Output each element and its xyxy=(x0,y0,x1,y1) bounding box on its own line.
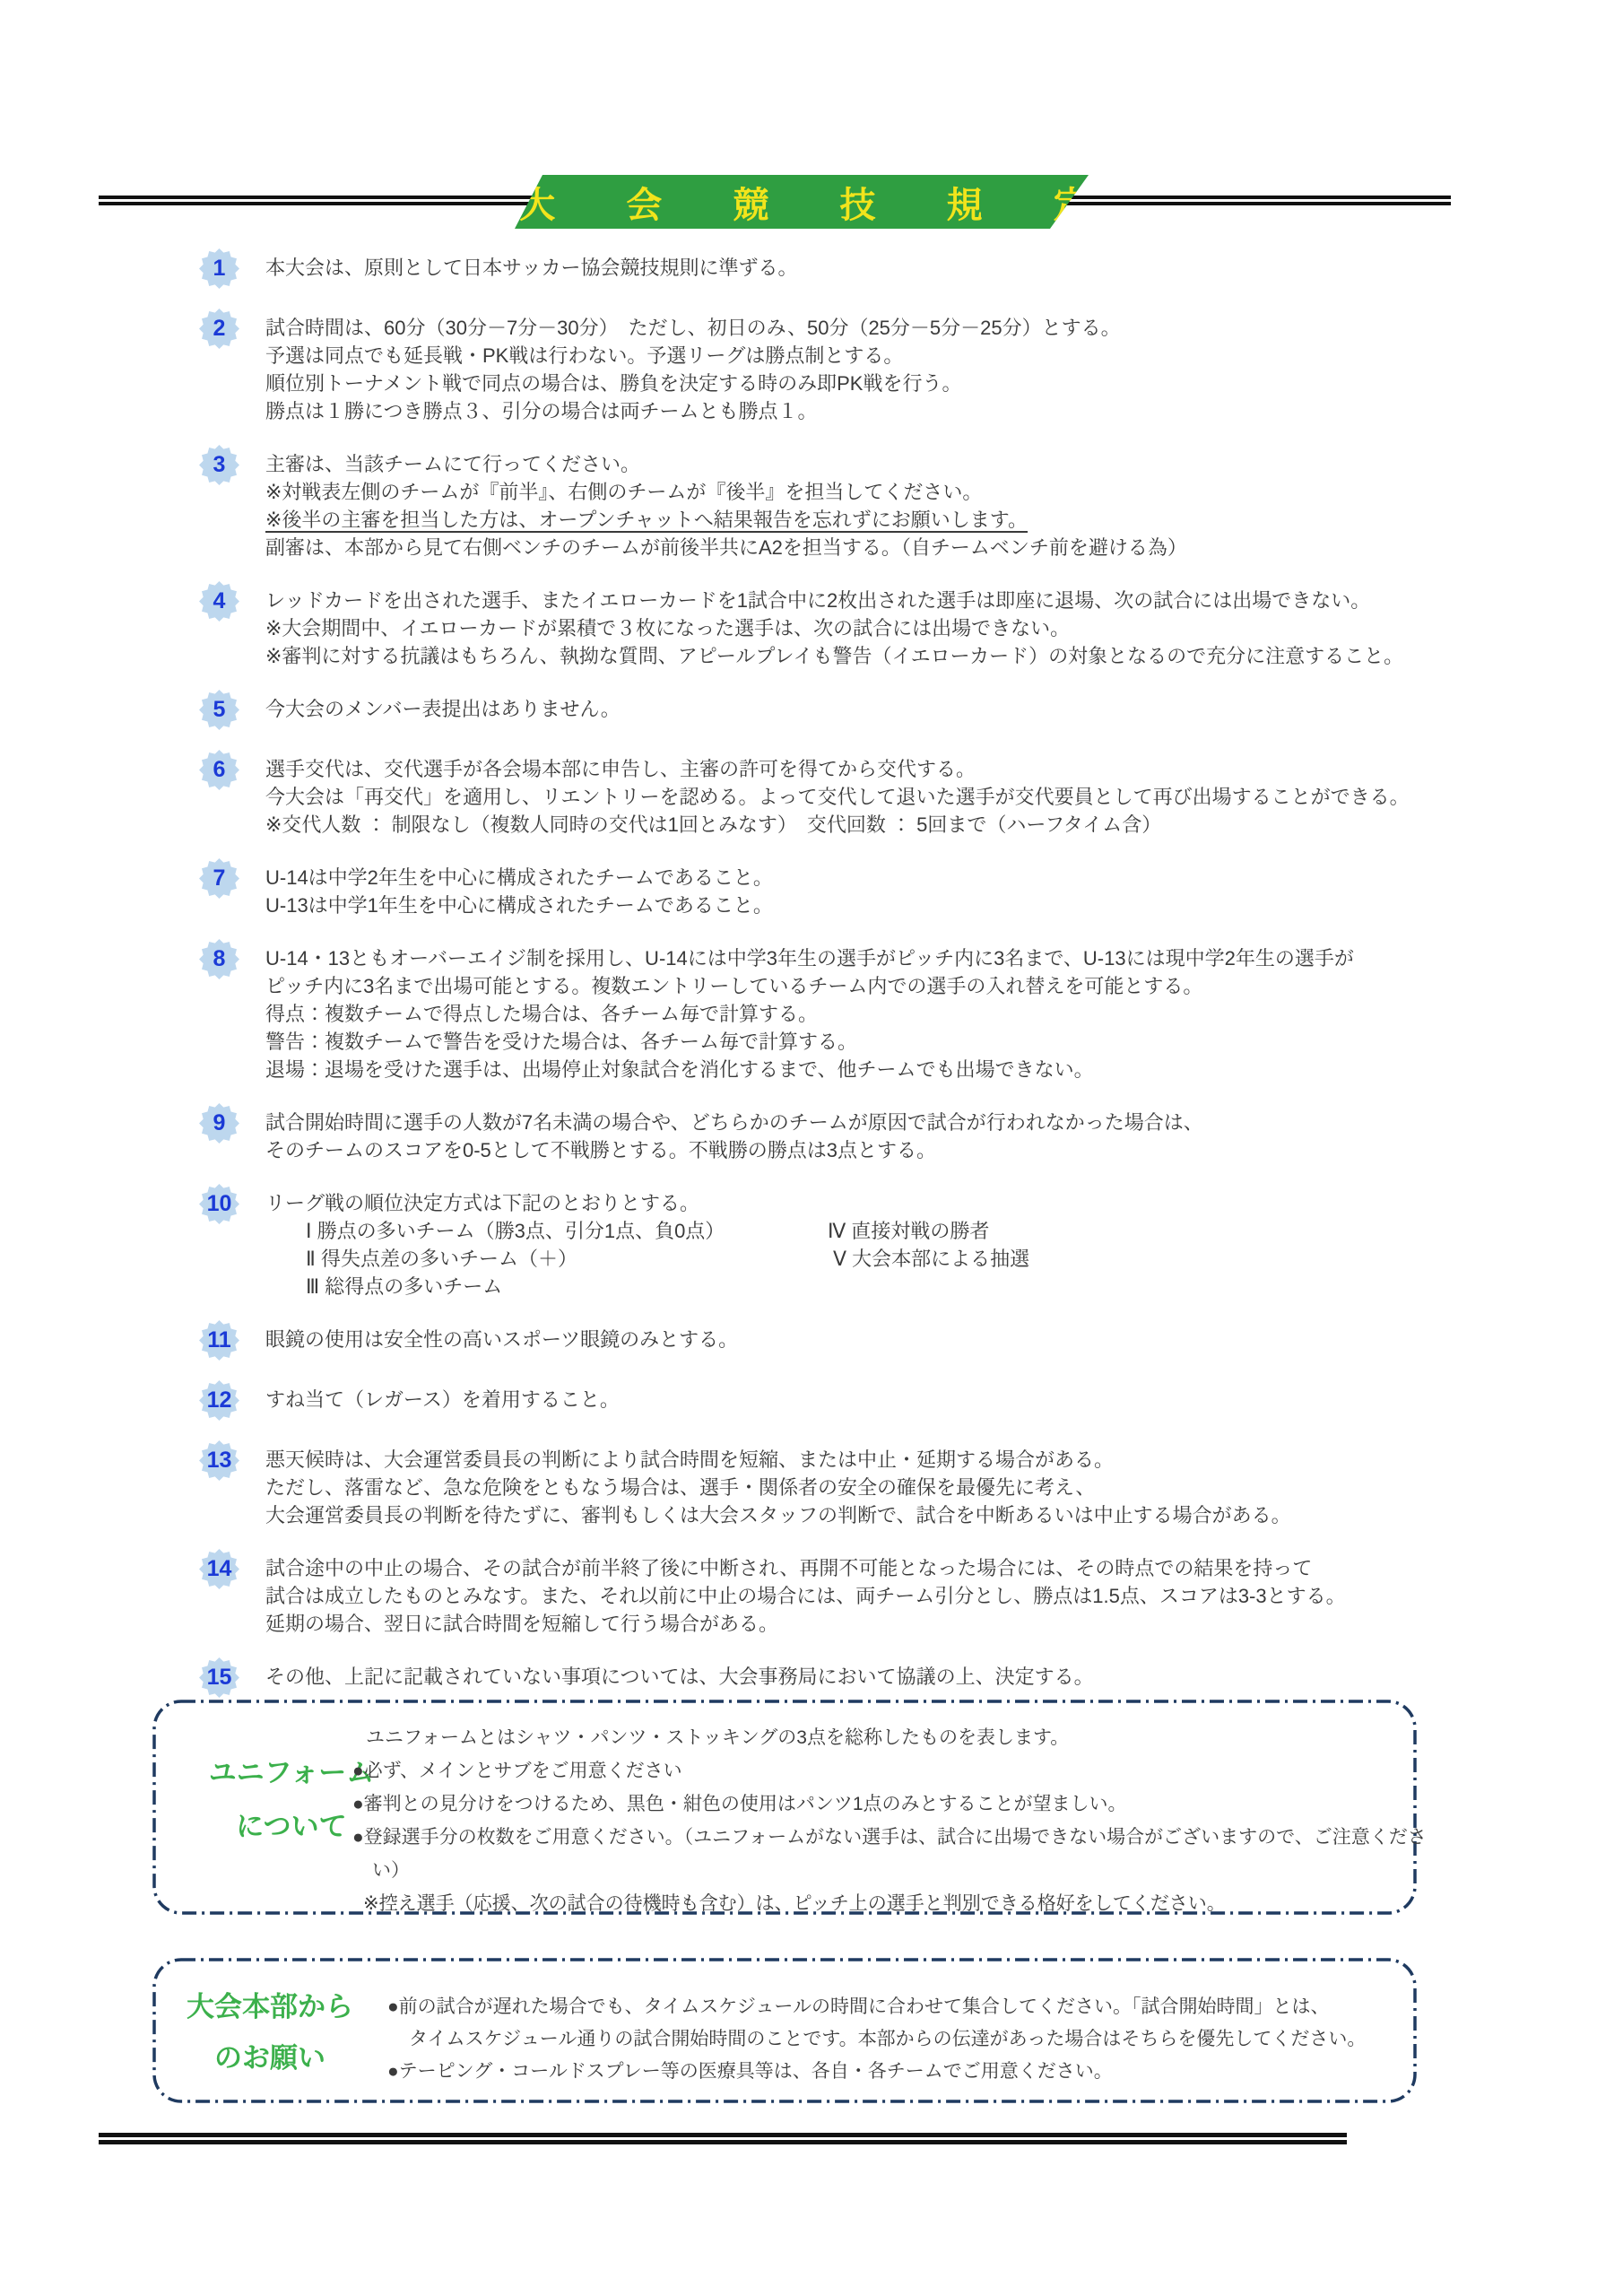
box-text-line: ●必ず、メインとサブをご用意ください xyxy=(352,1754,1427,1787)
hq-box-heading-line1: 大会本部から xyxy=(170,1981,369,2032)
rule-text-line: Ⅲ 総得点の多いチーム xyxy=(265,1273,725,1300)
box-text-line: タイムスケジュール通りの試合開始時間のことです。本部からの伝達があった場合はそち… xyxy=(409,2023,1366,2056)
rule-text-line: 主審は、当該チームにて行ってください。 xyxy=(265,450,1187,478)
rule-item: 13悪天候時は、大会運営委員長の判断により試合時間を短縮、または中止・延期する場… xyxy=(199,1446,1544,1529)
rule-line-text: ただし、落雷など、急な危険をともなう場合は、選手・関係者の安全の確保を最優先に考… xyxy=(265,1476,1095,1499)
rule-item: 10リーグ戦の順位決定方式は下記のとおりとする。Ⅰ 勝点の多いチーム（勝3点、引… xyxy=(199,1189,1544,1300)
rule-line-text: 眼鏡の使用は安全性の高いスポーツ眼鏡のみとする。 xyxy=(265,1328,738,1351)
uniform-box-content: ユニフォームとはシャツ・パンツ・ストッキングの3点を総称したものを表します。●必… xyxy=(352,1721,1427,1920)
rule-line-text: U-14・13ともオーバーエイジ制を採用し、U-14には中学3年生の選手がピッチ… xyxy=(265,947,1354,970)
rule-line-text: 退場：退場を受けた選手は、出場停止対象試合を消化するまで、他チームでも出場できな… xyxy=(265,1058,1094,1081)
rule-line-text: 順位別トーナメント戦で同点の場合は、勝負を決定する時のみ即PK戦を行う。 xyxy=(265,372,961,395)
rule-text-line: 悪天候時は、大会運営委員長の判断により試合時間を短縮、または中止・延期する場合が… xyxy=(265,1446,1291,1474)
rule-text-line: ※対戦表左側のチームが『前半』、右側のチームが『後半』を担当してください。 xyxy=(265,478,1187,506)
box-text-line: ユニフォームとはシャツ・パンツ・ストッキングの3点を総称したものを表します。 xyxy=(366,1721,1427,1754)
rule-line-text: 悪天候時は、大会運営委員長の判断により試合時間を短縮、または中止・延期する場合が… xyxy=(265,1448,1114,1471)
hq-box-heading-line2: のお願い xyxy=(170,2032,369,2083)
rule-line-text: 勝点は１勝につき勝点３、引分の場合は両チームとも勝点１。 xyxy=(265,400,818,422)
rule-text-line: 警告：複数チームで警告を受けた場合は、各チーム毎で計算する。 xyxy=(265,1028,1354,1056)
rule-text-line: 退場：退場を受けた選手は、出場停止対象試合を消化するまで、他チームでも出場できな… xyxy=(265,1056,1354,1083)
rule-text-line: 大会運営委員長の判断を待たずに、審判もしくは大会スタッフの判断で、試合を中断ある… xyxy=(265,1501,1291,1529)
rule-text-line: 副審は、本部から見て右側ベンチのチームが前後半共にA2を担当する。（自チームベン… xyxy=(265,534,1187,561)
page-title-banner: 大 会 競 技 規 定 xyxy=(515,175,1089,229)
rule-line-text: レッドカードを出された選手、またイエローカードを1試合中に2枚出された選手は即座… xyxy=(265,589,1370,612)
rule-number-badge: 4 xyxy=(199,581,239,622)
rule-number-badge: 8 xyxy=(199,939,239,979)
rule-text: 選手交代は、交代選手が各会場本部に申告し、主審の許可を得てから交代する。今大会は… xyxy=(265,755,1410,839)
rule-text-line: 試合時間は、60分（30分－7分－30分） ただし、初日のみ、50分（25分－5… xyxy=(265,314,1121,342)
rule-number-badge: 12 xyxy=(199,1380,239,1421)
uniform-info-box: ユニフォーム について ユニフォームとはシャツ・パンツ・ストッキングの3点を総称… xyxy=(152,1700,1417,1915)
rule-line-text: 試合は成立したものとみなす。また、それ以前に中止の場合には、両チーム引分とし、勝… xyxy=(265,1585,1346,1607)
rule-text: 試合時間は、60分（30分－7分－30分） ただし、初日のみ、50分（25分－5… xyxy=(265,314,1121,425)
rule-text-line: 延期の場合、翌日に試合時間を短縮して行う場合がある。 xyxy=(265,1610,1346,1638)
rule-item: 3主審は、当該チームにて行ってください。※対戦表左側のチームが『前半』、右側のチ… xyxy=(199,450,1544,561)
rule-text-line: 勝点は１勝につき勝点３、引分の場合は両チームとも勝点１。 xyxy=(265,397,1121,425)
rule-line-text: すね当て（レガース）を着用すること。 xyxy=(265,1388,620,1411)
rule-text-line: 本大会は、原則として日本サッカー協会競技規則に準ずる。 xyxy=(265,254,798,282)
rule-text-line: ※後半の主審を担当した方は、オープンチャットへ結果報告を忘れずにお願いします。 xyxy=(265,506,1187,534)
rule-text-line: リーグ戦の順位決定方式は下記のとおりとする。 xyxy=(265,1189,725,1217)
box-text-line: ●テーピング・コールドスプレー等の医療具等は、各自・各チームでご用意ください。 xyxy=(387,2056,1366,2088)
rule-text-line: レッドカードを出された選手、またイエローカードを1試合中に2枚出された選手は即座… xyxy=(265,587,1403,614)
rule-text-line: Ⅱ 得失点差の多いチーム（＋）Ⅴ 大会本部による抽選 xyxy=(265,1245,725,1273)
rule-text-line: U-14・13ともオーバーエイジ制を採用し、U-14には中学3年生の選手がピッチ… xyxy=(265,944,1354,972)
rule-text-line: そのチームのスコアを0-5として不戦勝とする。不戦勝の勝点は3点とする。 xyxy=(265,1136,1203,1164)
rule-number-badge: 15 xyxy=(199,1657,239,1698)
rule-text-line: 眼鏡の使用は安全性の高いスポーツ眼鏡のみとする。 xyxy=(265,1326,738,1353)
rule-line-text: そのチームのスコアを0-5として不戦勝とする。不戦勝の勝点は3点とする。 xyxy=(265,1139,936,1161)
rule-text-line: 今大会は「再交代」を適用し、リエントリーを認める。よって交代して退いた選手が交代… xyxy=(265,783,1410,811)
rule-line-text: 副審は、本部から見て右側ベンチのチームが前後半共にA2を担当する。（自チームベン… xyxy=(265,536,1187,559)
rule-item: 11眼鏡の使用は安全性の高いスポーツ眼鏡のみとする。 xyxy=(199,1326,1544,1361)
rule-text-line: ※交代人数 ： 制限なし（複数人同時の交代は1回とみなす） 交代回数 ： 5回ま… xyxy=(265,811,1410,839)
rule-text: 今大会のメンバー表提出はありません。 xyxy=(265,695,621,723)
rule-line-text: ※大会期間中、イエローカードが累積で３枚になった選手は、次の試合には出場できない… xyxy=(265,617,1070,639)
rule-line-text: リーグ戦の順位決定方式は下記のとおりとする。 xyxy=(265,1192,699,1214)
rule-text: 本大会は、原則として日本サッカー協会競技規則に準ずる。 xyxy=(265,254,798,282)
rule-text: 主審は、当該チームにて行ってください。※対戦表左側のチームが『前半』、右側のチー… xyxy=(265,450,1187,561)
rule-line-text: 試合途中の中止の場合、その試合が前半終了後に中断され、再開不可能となった場合には… xyxy=(265,1557,1312,1579)
rule-item: 12すね当て（レガース）を着用すること。 xyxy=(199,1386,1544,1421)
rule-text: レッドカードを出された選手、またイエローカードを1試合中に2枚出された選手は即座… xyxy=(265,587,1403,670)
rule-text: U-14は中学2年生を中心に構成されたチームであること。U-13は中学1年生を中… xyxy=(265,864,773,919)
rule-item: 5今大会のメンバー表提出はありません。 xyxy=(199,695,1544,730)
rule-item: 15その他、上記に記載されていない事項については、大会事務局において協議の上、決… xyxy=(199,1663,1544,1698)
rules-document-page: 大 会 競 技 規 定 1本大会は、原則として日本サッカー協会競技規則に準ずる。… xyxy=(0,0,1623,2296)
rule-number-badge: 7 xyxy=(199,858,239,899)
rule-text-line: Ⅰ 勝点の多いチーム（勝3点、引分1点、負0点）Ⅳ 直接対戦の勝者 xyxy=(265,1217,725,1245)
hq-box-heading: 大会本部から のお願い xyxy=(170,1981,369,2083)
rule-text-line: U-13は中学1年生を中心に構成されたチームであること。 xyxy=(265,891,773,919)
rule-line-text: 得点：複数チームで得点した場合は、各チーム毎で計算する。 xyxy=(265,1003,818,1025)
rule-number-badge: 10 xyxy=(199,1184,239,1224)
rule-line-text: U-13は中学1年生を中心に構成されたチームであること。 xyxy=(265,894,773,917)
rule-line-text: 選手交代は、交代選手が各会場本部に申告し、主審の許可を得てから交代する。 xyxy=(265,758,976,780)
bottom-double-line xyxy=(99,2133,1347,2144)
rule-item: 9試合開始時間に選手の人数が7名未満の場合や、どちらかのチームが原因で試合が行わ… xyxy=(199,1109,1544,1164)
rule-number-badge: 13 xyxy=(199,1440,239,1481)
rule-line-text: 今大会のメンバー表提出はありません。 xyxy=(265,698,621,720)
rules-list: 1本大会は、原則として日本サッカー協会競技規則に準ずる。2試合時間は、60分（3… xyxy=(199,254,1544,1723)
rule-item: 14試合途中の中止の場合、その試合が前半終了後に中断され、再開不可能となった場合… xyxy=(199,1554,1544,1638)
rule-number-badge: 1 xyxy=(199,248,239,289)
rule-text-line: 予選は同点でも延長戦・PK戦は行わない。予選リーグは勝点制とする。 xyxy=(265,342,1121,370)
box-text-line: ※控え選手（応援、次の試合の待機時も含む）は、ピッチ上の選手と判別できる格好をし… xyxy=(363,1887,1427,1920)
rule-text: 試合開始時間に選手の人数が7名未満の場合や、どちらかのチームが原因で試合が行われ… xyxy=(265,1109,1203,1164)
rule-text: 眼鏡の使用は安全性の高いスポーツ眼鏡のみとする。 xyxy=(265,1326,738,1353)
rule-text-line: ※大会期間中、イエローカードが累積で３枚になった選手は、次の試合には出場できない… xyxy=(265,614,1403,642)
rule-line-text: 予選は同点でも延長戦・PK戦は行わない。予選リーグは勝点制とする。 xyxy=(265,344,903,367)
rule-item: 8U-14・13ともオーバーエイジ制を採用し、U-14には中学3年生の選手がピッ… xyxy=(199,944,1544,1083)
rule-line-text: その他、上記に記載されていない事項については、大会事務局において協議の上、決定す… xyxy=(265,1665,1094,1688)
rule-text-line: 試合は成立したものとみなす。また、それ以前に中止の場合には、両チーム引分とし、勝… xyxy=(265,1582,1346,1610)
hq-box-content: ●前の試合が遅れた場合でも、タイムスケジュールの時間に合わせて集合してください。… xyxy=(387,1991,1366,2088)
rule-text-column2: Ⅴ 大会本部による抽選 xyxy=(833,1245,1029,1273)
hq-request-box: 大会本部から のお願い ●前の試合が遅れた場合でも、タイムスケジュールの時間に合… xyxy=(152,1958,1417,2103)
rule-line-text: 今大会は「再交代」を適用し、リエントリーを認める。よって交代して退いた選手が交代… xyxy=(265,786,1410,808)
rule-text-line: U-14は中学2年生を中心に構成されたチームであること。 xyxy=(265,864,773,891)
rule-number-badge: 2 xyxy=(199,309,239,349)
rule-line-text: 本大会は、原則として日本サッカー協会競技規則に準ずる。 xyxy=(265,257,798,279)
rule-number-badge: 5 xyxy=(199,690,239,730)
rule-line-text: ピッチ内に3名まで出場可能とする。複数エントリーしているチーム内での選手の入れ替… xyxy=(265,975,1202,997)
rule-text-line: すね当て（レガース）を着用すること。 xyxy=(265,1386,620,1413)
rule-line-text: Ⅰ 勝点の多いチーム（勝3点、引分1点、負0点） xyxy=(306,1220,725,1242)
box-text-line: い） xyxy=(372,1854,1427,1887)
box-text-line: ●審判との見分けをつけるため、黒色・紺色の使用はパンツ1点のみとすることが望まし… xyxy=(352,1787,1427,1821)
rule-item: 1本大会は、原則として日本サッカー協会競技規則に準ずる。 xyxy=(199,254,1544,289)
rule-line-text: Ⅲ 総得点の多いチーム xyxy=(306,1275,502,1298)
rule-text-line: ピッチ内に3名まで出場可能とする。複数エントリーしているチーム内での選手の入れ替… xyxy=(265,972,1354,1000)
rule-text: リーグ戦の順位決定方式は下記のとおりとする。Ⅰ 勝点の多いチーム（勝3点、引分1… xyxy=(265,1189,725,1300)
rule-text: すね当て（レガース）を着用すること。 xyxy=(265,1386,620,1413)
page-title: 大 会 競 技 規 定 xyxy=(483,177,1120,228)
rule-line-text: U-14は中学2年生を中心に構成されたチームであること。 xyxy=(265,866,773,889)
rule-line-text: 主審は、当該チームにて行ってください。 xyxy=(265,453,640,475)
rule-text-line: 試合途中の中止の場合、その試合が前半終了後に中断され、再開不可能となった場合には… xyxy=(265,1554,1346,1582)
rule-text: 悪天候時は、大会運営委員長の判断により試合時間を短縮、または中止・延期する場合が… xyxy=(265,1446,1291,1529)
rule-number-badge: 3 xyxy=(199,445,239,485)
rule-text-line: 選手交代は、交代選手が各会場本部に申告し、主審の許可を得てから交代する。 xyxy=(265,755,1410,783)
rule-line-text: 大会運営委員長の判断を待たずに、審判もしくは大会スタッフの判断で、試合を中断ある… xyxy=(265,1504,1291,1526)
rule-number-badge: 6 xyxy=(199,750,239,790)
rule-number-badge: 11 xyxy=(199,1320,239,1361)
box-text-line: ●前の試合が遅れた場合でも、タイムスケジュールの時間に合わせて集合してください。… xyxy=(387,1991,1366,2023)
rule-line-text: Ⅱ 得失点差の多いチーム（＋） xyxy=(306,1248,577,1270)
rule-text-column2: Ⅳ 直接対戦の勝者 xyxy=(828,1217,989,1245)
rule-line-text: 試合時間は、60分（30分－7分－30分） ただし、初日のみ、50分（25分－5… xyxy=(265,317,1121,339)
rule-line-text: ※審判に対する抗議はもちろん、執拗な質問、アピールプレイも警告（イエローカード）… xyxy=(265,645,1403,667)
rule-item: 2試合時間は、60分（30分－7分－30分） ただし、初日のみ、50分（25分－… xyxy=(199,314,1544,425)
rule-item: 7U-14は中学2年生を中心に構成されたチームであること。U-13は中学1年生を… xyxy=(199,864,1544,919)
rule-number-badge: 14 xyxy=(199,1549,239,1589)
rule-item: 6選手交代は、交代選手が各会場本部に申告し、主審の許可を得てから交代する。今大会… xyxy=(199,755,1544,839)
rule-number-badge: 9 xyxy=(199,1103,239,1144)
rule-text-line: 順位別トーナメント戦で同点の場合は、勝負を決定する時のみ即PK戦を行う。 xyxy=(265,370,1121,397)
rule-line-text: ※対戦表左側のチームが『前半』、右側のチームが『後半』を担当してください。 xyxy=(265,481,982,503)
rule-text-line: 得点：複数チームで得点した場合は、各チーム毎で計算する。 xyxy=(265,1000,1354,1028)
rule-text: その他、上記に記載されていない事項については、大会事務局において協議の上、決定す… xyxy=(265,1663,1094,1691)
rule-text: U-14・13ともオーバーエイジ制を採用し、U-14には中学3年生の選手がピッチ… xyxy=(265,944,1354,1083)
rule-text-line: 今大会のメンバー表提出はありません。 xyxy=(265,695,621,723)
rule-line-text: 延期の場合、翌日に試合時間を短縮して行う場合がある。 xyxy=(265,1613,778,1635)
rule-text-line: その他、上記に記載されていない事項については、大会事務局において協議の上、決定す… xyxy=(265,1663,1094,1691)
rule-text-line: 試合開始時間に選手の人数が7名未満の場合や、どちらかのチームが原因で試合が行われ… xyxy=(265,1109,1203,1136)
rule-text-line: ※審判に対する抗議はもちろん、執拗な質問、アピールプレイも警告（イエローカード）… xyxy=(265,642,1403,670)
rule-line-text: ※後半の主審を担当した方は、オープンチャットへ結果報告を忘れずにお願いします。 xyxy=(265,509,1028,531)
rule-line-text: 警告：複数チームで警告を受けた場合は、各チーム毎で計算する。 xyxy=(265,1031,857,1053)
rule-item: 4レッドカードを出された選手、またイエローカードを1試合中に2枚出された選手は即… xyxy=(199,587,1544,670)
rule-line-text: ※交代人数 ： 制限なし（複数人同時の交代は1回とみなす） 交代回数 ： 5回ま… xyxy=(265,813,1161,836)
box-text-line: ●登録選手分の枚数をご用意ください。（ユニフォームがない選手は、試合に出場できな… xyxy=(352,1821,1427,1854)
rule-text-line: ただし、落雷など、急な危険をともなう場合は、選手・関係者の安全の確保を最優先に考… xyxy=(265,1474,1291,1501)
rule-line-text: 試合開始時間に選手の人数が7名未満の場合や、どちらかのチームが原因で試合が行われ… xyxy=(265,1111,1203,1134)
rule-text: 試合途中の中止の場合、その試合が前半終了後に中断され、再開不可能となった場合には… xyxy=(265,1554,1346,1638)
